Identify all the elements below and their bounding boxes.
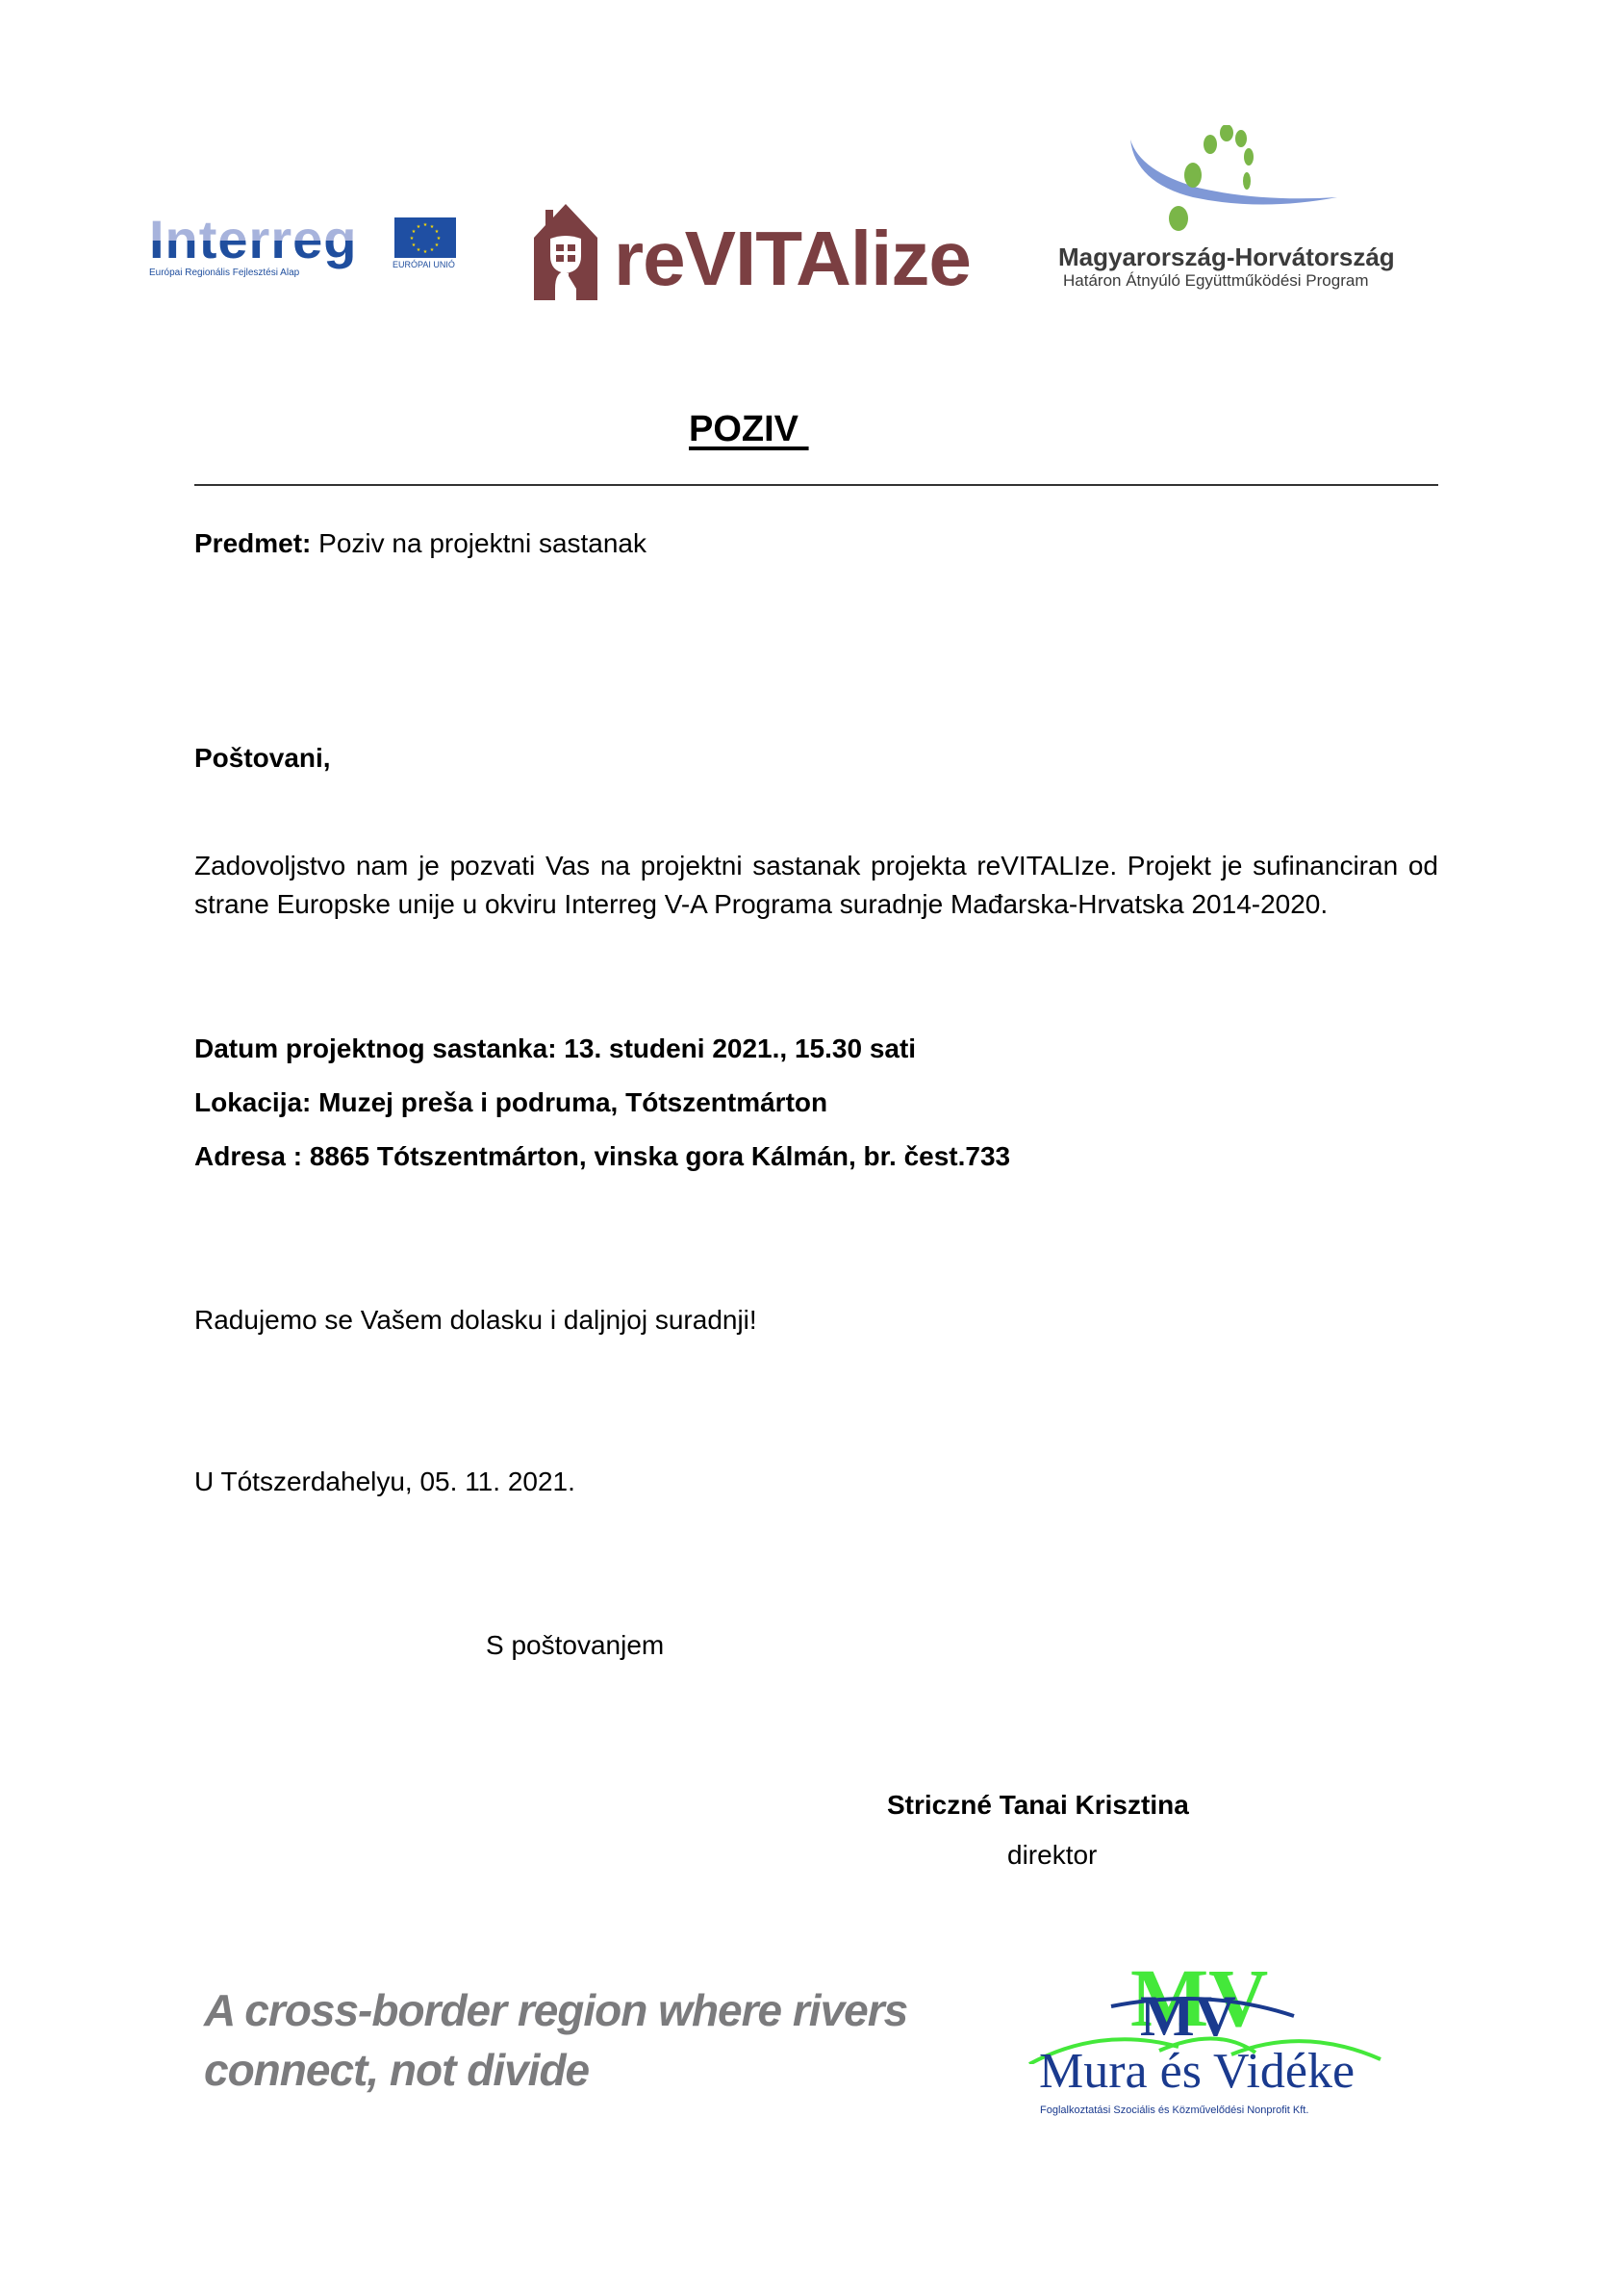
closing-line: Radujemo se Vašem dolasku i daljnjoj sur… bbox=[194, 1301, 757, 1339]
interreg-wordmark: Interreg bbox=[149, 208, 358, 270]
svg-text:★: ★ bbox=[417, 247, 421, 253]
tagline-line-2: connect, not divide bbox=[204, 2040, 907, 2100]
svg-text:★: ★ bbox=[435, 229, 440, 235]
mura-es-videke-logo: MV MV Mura és Vidéke Foglalkoztatási Szo… bbox=[1015, 1958, 1400, 2131]
document-title: POZIV bbox=[689, 409, 809, 450]
svg-text:★: ★ bbox=[437, 236, 442, 242]
signer-name: Striczné Tanai Krisztina bbox=[887, 1786, 1189, 1824]
svg-text:★: ★ bbox=[417, 224, 421, 230]
tagline-line-1: A cross-border region where rivers bbox=[204, 1980, 907, 2040]
signer-title: direktor bbox=[1007, 1836, 1097, 1875]
mura-name: Mura és Vidéke bbox=[1039, 2043, 1355, 2100]
subject-value: Poziv na projektni sastanak bbox=[311, 528, 646, 558]
place-date: U Tótszerdahelyu, 05. 11. 2021. bbox=[194, 1463, 575, 1501]
interreg-subtitle: Európai Regionális Fejlesztési Alap bbox=[149, 268, 299, 278]
hu-hr-program-logo: Magyarország-Horvátország Határon Átnyúl… bbox=[1058, 125, 1405, 298]
mura-subtitle: Foglalkoztatási Szociális és Közművelődé… bbox=[1040, 2105, 1308, 2116]
meeting-date: Datum projektnog sastanka: 13. studeni 2… bbox=[194, 1030, 916, 1068]
regards: S poštovanjem bbox=[486, 1626, 664, 1665]
meeting-location: Lokacija: Muzej preša i podruma, Tótszen… bbox=[194, 1084, 827, 1122]
house-wineglass-icon bbox=[534, 204, 597, 300]
divider bbox=[194, 484, 1438, 486]
eu-flag-icon: ★★★ ★★★ ★★★ ★★★ bbox=[394, 217, 456, 258]
subject-line: Predmet: Poziv na projektni sastanak bbox=[194, 524, 646, 563]
svg-text:★: ★ bbox=[410, 236, 415, 242]
svg-text:★: ★ bbox=[430, 247, 435, 253]
svg-text:★: ★ bbox=[423, 249, 428, 255]
revitalize-logo: reVITAlize bbox=[534, 204, 1015, 300]
meeting-address: Adresa : 8865 Tótszentmárton, vinska gor… bbox=[194, 1137, 1010, 1176]
salutation: Poštovani, bbox=[194, 739, 331, 778]
svg-text:★: ★ bbox=[423, 222, 428, 228]
subject-label: Predmet: bbox=[194, 528, 311, 558]
body-paragraph: Zadovoljstvo nam je pozvati Vas na proje… bbox=[194, 847, 1438, 924]
svg-text:★: ★ bbox=[412, 242, 417, 248]
program-subtitle: Határon Átnyúló Együttműködési Program bbox=[1063, 271, 1369, 291]
revitalize-wordmark: reVITAlize bbox=[614, 216, 971, 302]
river-dots-icon bbox=[1116, 125, 1366, 241]
eu-label: EURÓPAI UNIÓ bbox=[393, 260, 455, 269]
program-title: Magyarország-Horvátország bbox=[1058, 242, 1395, 272]
footer-tagline: A cross-border region where rivers conne… bbox=[204, 1980, 907, 2100]
svg-text:★: ★ bbox=[435, 242, 440, 248]
